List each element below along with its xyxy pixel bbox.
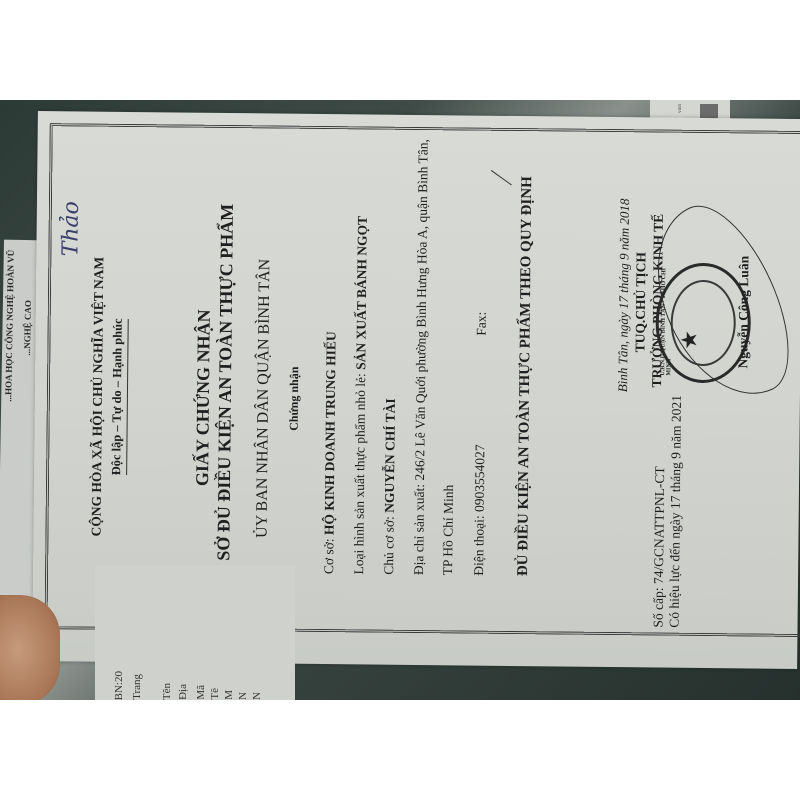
- background-column-text: N: [251, 692, 263, 700]
- background-text-line: ...HOA HỌC CÔNG NGHỆ HOÀN VŨ: [3, 250, 16, 402]
- production-type-value: SẢN XUẤT BÁNH NGỌT: [353, 216, 370, 370]
- place-date: Bình Tân, ngày 17 tháng 9 năm 2018: [615, 199, 633, 393]
- background-column-text: N: [237, 692, 249, 700]
- owner-label: Chủ cơ sở:: [381, 513, 397, 575]
- signing-authority: TUQ.CHỦ TỊCH: [632, 252, 649, 352]
- background-small-text: vinh: [678, 104, 683, 113]
- handwritten-note: Thảo: [58, 201, 84, 256]
- production-type-field: Loại hình sản xuất thực phẩm nhỏ lẻ: SẢN…: [351, 216, 371, 575]
- background-paper-bottom: BN:20 Trang Tên Địa Mã Tê M N N: [95, 565, 295, 700]
- phone-label: Điện thoại:: [471, 512, 487, 576]
- background-column-text: Trang: [131, 674, 143, 700]
- owner-field: Chủ cơ sở: NGUYỄN CHÍ TÀI: [381, 398, 399, 575]
- address-field: Địa chỉ sản xuất: 246/2 Lê Văn Quới phườ…: [411, 139, 432, 575]
- fax-label: Fax:: [474, 312, 490, 336]
- address-label: Địa chỉ sản xuất:: [411, 480, 427, 575]
- background-column-text: M: [223, 690, 235, 700]
- phone-value: 0903554027: [472, 444, 488, 512]
- background-column-text: Mã: [195, 685, 207, 700]
- facility-label: Cơ sở:: [321, 535, 336, 574]
- address-value: 246/2 Lê Văn Quới phường Bình Hưng Hòa A…: [412, 139, 431, 481]
- background-column-text: BN:20: [113, 671, 125, 700]
- background-column-text: Tê: [209, 688, 221, 700]
- thumb: [0, 595, 60, 700]
- address-line2: TP Hồ Chí Minh: [440, 485, 457, 576]
- conclusion-statement: ĐỦ ĐIỀU KIỆN AN TOÀN THỰC PHẨM THEO QUY …: [515, 176, 536, 576]
- facility-value: HỘ KINH DOANH TRUNG HIẾU: [321, 331, 338, 535]
- background-text-line: ...NGHỆ CAO: [22, 300, 33, 356]
- production-type-label: Loại hình sản xuất thực phẩm nhỏ lẻ:: [351, 370, 368, 575]
- signer-name: Nguyễn Công Luân: [735, 256, 752, 369]
- background-column-text: Địa: [177, 684, 189, 700]
- photo-area: vinh ...HOA HỌC CÔNG NGHỆ HOÀN VŨ ...NGH…: [0, 100, 800, 700]
- certificate-number: Số cấp: 74/GCNATTPNL-CT: [651, 466, 669, 627]
- owner-value: NGUYỄN CHÍ TÀI: [382, 398, 398, 513]
- motto-text: Độc lập – Tự do – Hạnh phúc: [109, 318, 129, 475]
- validity-date: Có hiệu lực đến ngày 17 tháng 9 năm 2021: [667, 395, 685, 628]
- background-column-text: Tên: [161, 683, 173, 700]
- phone-field: Điện thoại: 0903554027: [471, 444, 488, 575]
- facility-field: Cơ sở: HỘ KINH DOANH TRUNG HIẾU: [321, 331, 340, 574]
